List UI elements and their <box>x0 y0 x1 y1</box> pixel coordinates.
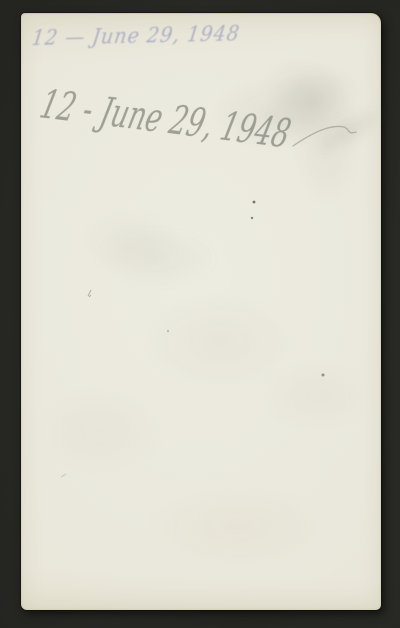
scanner-backdrop: 12 — June 29, 1948 12 - June 29, 1948 <box>0 0 400 628</box>
paper-mottling <box>81 213 231 303</box>
photo-back-card <box>21 13 381 610</box>
pencil-smudge <box>231 39 387 182</box>
pencil-smudge <box>296 87 400 173</box>
